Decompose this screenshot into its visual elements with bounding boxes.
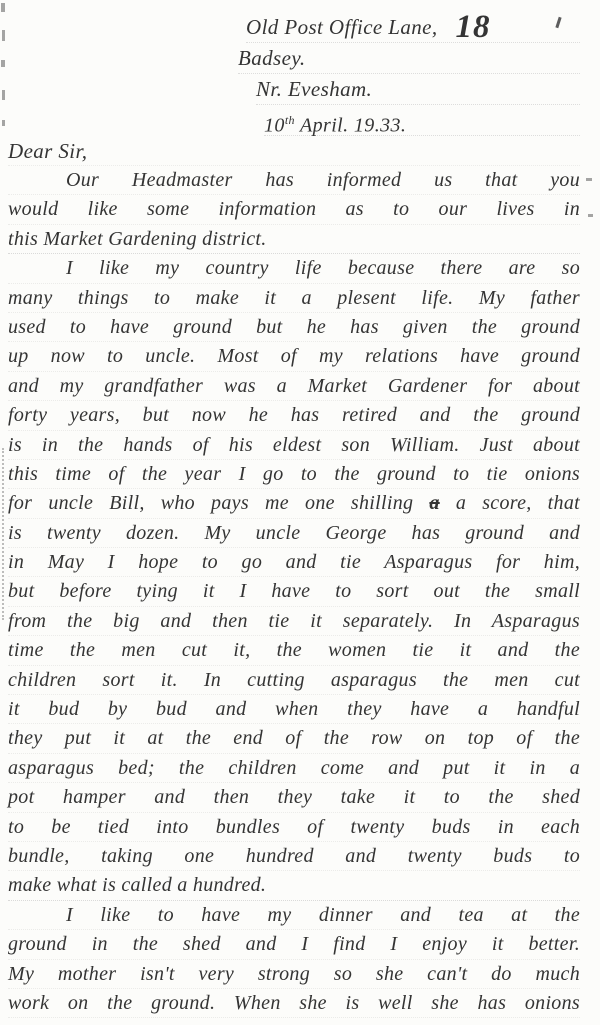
scan-artifact (2, 30, 5, 41)
letter-line: pot hamper and then they take it to the … (8, 783, 580, 812)
house-number: 18 (456, 9, 491, 45)
letter-line: My mother isn't very strong so she can't… (8, 960, 580, 989)
letter-line: is twenty dozen. My uncle George has gro… (8, 519, 580, 548)
letter-header: Old Post Office Lane,18 Badsey. Nr. Eves… (8, 12, 580, 136)
letter-line: is in the hands of his eldest son Willia… (8, 431, 580, 460)
letter-line: but before tying it I have to sort out t… (8, 577, 580, 606)
scan-edge-line (2, 448, 4, 620)
struck-word: a (429, 492, 439, 514)
date-ordinal: th (285, 113, 295, 127)
letter-line: Our Headmaster has informed us that you (8, 166, 580, 195)
letter-line: time the men cut it, the women tie it an… (8, 636, 580, 665)
letter-line: bundle, taking one hundred and twenty bu… (8, 842, 580, 871)
street-text: Old Post Office Lane, (246, 15, 438, 39)
letter-page: Old Post Office Lane,18 Badsey. Nr. Eves… (0, 0, 600, 1025)
line-text: for uncle Bill, who pays me one shilling (8, 492, 429, 514)
letter-line: used to have ground but he has given the… (8, 313, 580, 342)
address-line-2: Badsey. (238, 43, 580, 74)
letter-line: this Market Gardening district. (8, 225, 580, 254)
letter-line: for uncle Bill, who pays me one shilling… (8, 489, 580, 518)
scan-artifact (1, 60, 5, 67)
letter-line: I like my country life because there are… (8, 254, 580, 283)
scan-artifact (2, 120, 5, 126)
letter-line: this time of the year I go to the ground… (8, 460, 580, 489)
address-line-3: Nr. Evesham. (256, 74, 580, 105)
letter-line: would like some information as to our li… (8, 195, 580, 224)
letter-body: Our Headmaster has informed us that youw… (8, 166, 580, 1018)
date-rest: April. 19.33. (295, 115, 406, 137)
line-text: a score, that (440, 492, 580, 514)
letter-line: from the big and then tie it separately.… (8, 607, 580, 636)
letter-line: and my grandfather was a Market Gardener… (8, 372, 580, 401)
date-line: 10th April. 19.33. (264, 105, 580, 136)
letter-line: many things to make it a plesent life. M… (8, 284, 580, 313)
letter-line: make what is called a hundred. (8, 871, 580, 900)
scan-artifact (586, 178, 592, 181)
scan-artifact (1, 3, 5, 12)
letter-line: asparagus bed; the children come and put… (8, 754, 580, 783)
letter-line: up now to uncle. Most of my relations ha… (8, 342, 580, 371)
letter-line: ground in the shed and I find I enjoy it… (8, 930, 580, 959)
letter-line: it bud by bud and when they have a handf… (8, 695, 580, 724)
letter-line: forty years, but now he has retired and … (8, 401, 580, 430)
letter-line: work on the ground. When she is well she… (8, 989, 580, 1018)
letter-line: I like to have my dinner and tea at the (8, 901, 580, 930)
letter-line: they put it at the end of the row on top… (8, 724, 580, 753)
date-day: 10 (264, 115, 285, 137)
letter-line: in May I hope to go and tie Asparagus fo… (8, 548, 580, 577)
scan-artifact (2, 90, 5, 100)
salutation: Dear Sir, (8, 136, 580, 166)
address-line-1: Old Post Office Lane,18 (246, 12, 580, 43)
scan-artifact (588, 214, 593, 217)
letter-line: to be tied into bundles of twenty buds i… (8, 813, 580, 842)
letter-line: children sort it. In cutting asparagus t… (8, 666, 580, 695)
